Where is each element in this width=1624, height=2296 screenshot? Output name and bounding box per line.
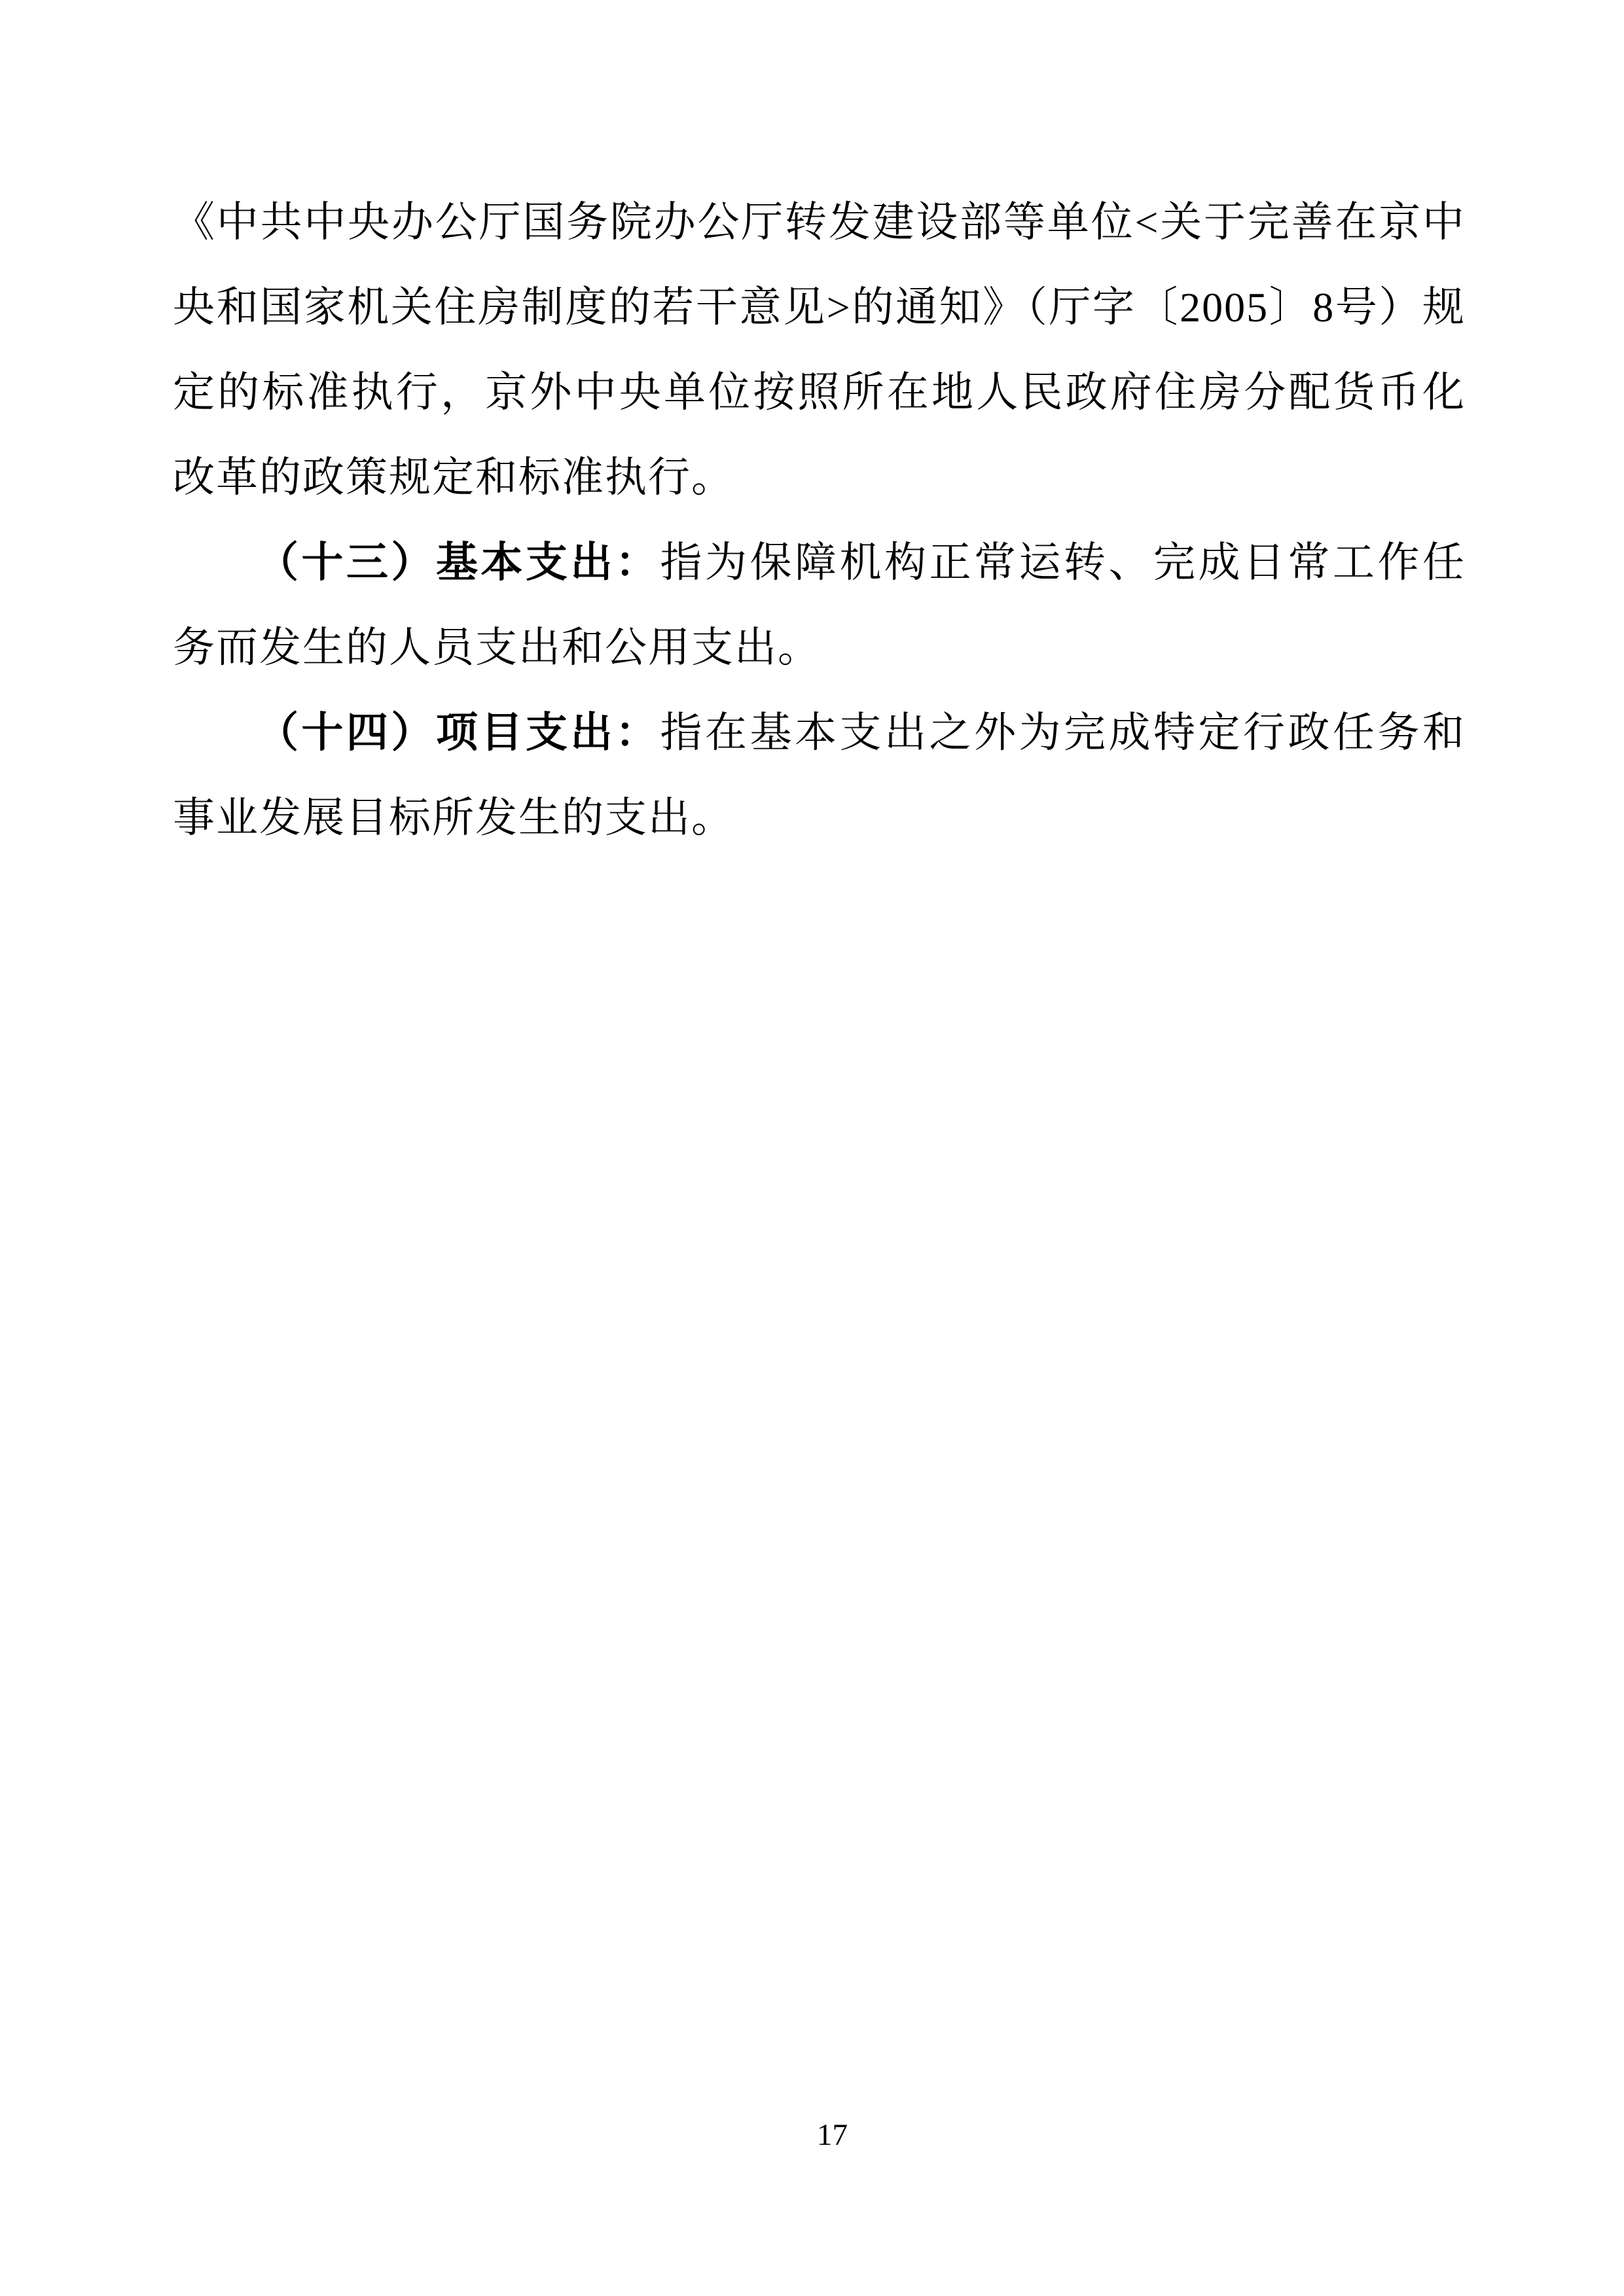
paragraph: （十三）基本支出：指为保障机构正常运转、完成日常工作任务而发生的人员支出和公用支…	[173, 520, 1466, 691]
document-body: 《中共中央办公厅国务院办公厅转发建设部等单位<关于完善在京中央和国家机关住房制度…	[173, 180, 1466, 861]
text-run-bold: （十四）项目支出：	[257, 709, 660, 756]
page-number: 17	[817, 2118, 848, 2152]
paragraph: 《中共中央办公厅国务院办公厅转发建设部等单位<关于完善在京中央和国家机关住房制度…	[173, 180, 1466, 520]
text-run: 《中共中央办公厅国务院办公厅转发建设部等单位<关于完善在京中央和国家机关住房制度…	[173, 199, 1466, 501]
paragraph: （十四）项目支出：指在基本支出之外为完成特定行政任务和事业发展目标所发生的支出。	[173, 691, 1466, 861]
document-page: 《中共中央办公厅国务院办公厅转发建设部等单位<关于完善在京中央和国家机关住房制度…	[0, 0, 1624, 2296]
page-footer: 17	[0, 2115, 1624, 2155]
text-run-bold: （十三）基本支出：	[257, 539, 660, 586]
